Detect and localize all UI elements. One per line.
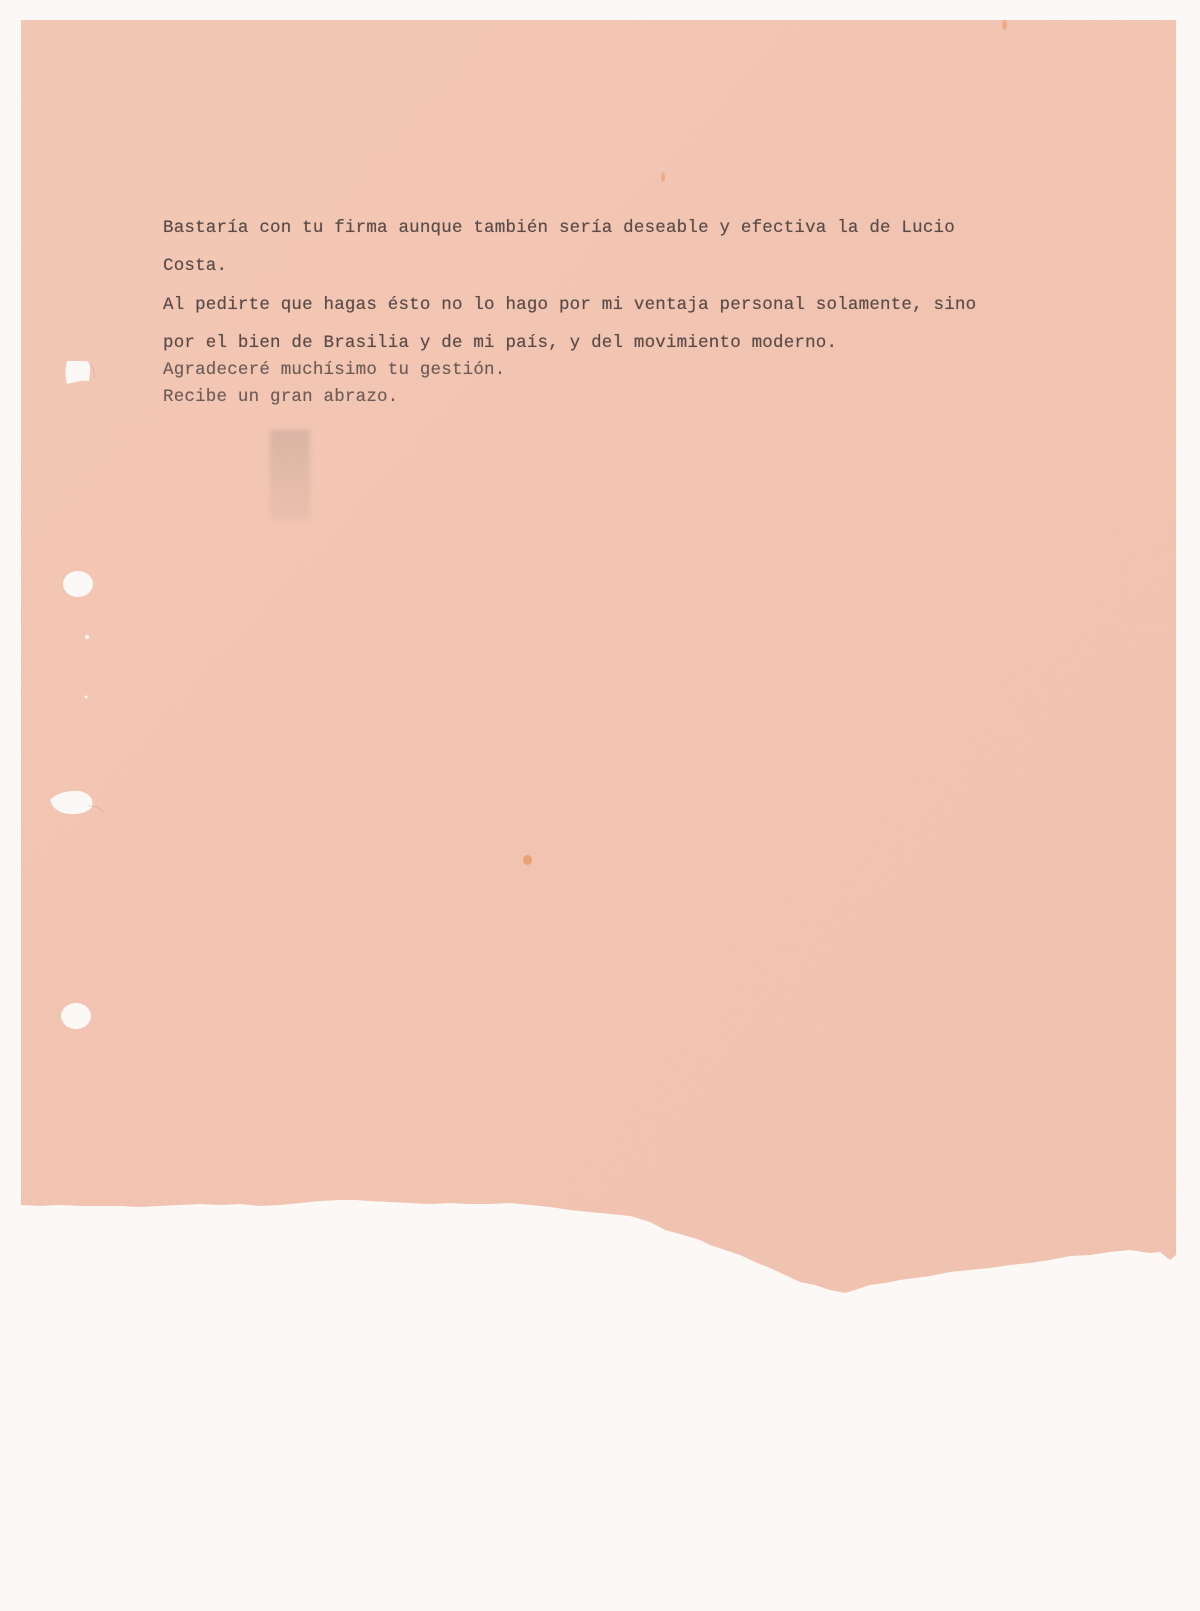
- letter-line-2: Costa.: [163, 256, 1063, 276]
- punch-hole-4: [61, 1003, 91, 1029]
- paper-stain: [661, 172, 665, 182]
- letter-body: Bastaría con tu firma aunque también ser…: [163, 218, 1063, 338]
- letter-line-4: por el bien de Brasilia y de mi país, y …: [163, 333, 1063, 353]
- punch-hole-1: [66, 361, 91, 384]
- letter-line-5: Agradeceré muchísimo tu gestión.: [163, 360, 1063, 380]
- typewriter-smudge: [270, 430, 310, 520]
- paper-stain: [1002, 20, 1007, 30]
- letter-line-1: Bastaría con tu firma aunque también ser…: [163, 218, 1063, 238]
- letter-line-3: Al pedirte que hagas ésto no lo hago por…: [163, 295, 1063, 315]
- letter-line-6: Recibe un gran abrazo.: [163, 387, 1063, 407]
- paper-stain: [523, 855, 532, 865]
- paper-shape: [21, 20, 1176, 1293]
- punch-hole-2: [63, 571, 93, 597]
